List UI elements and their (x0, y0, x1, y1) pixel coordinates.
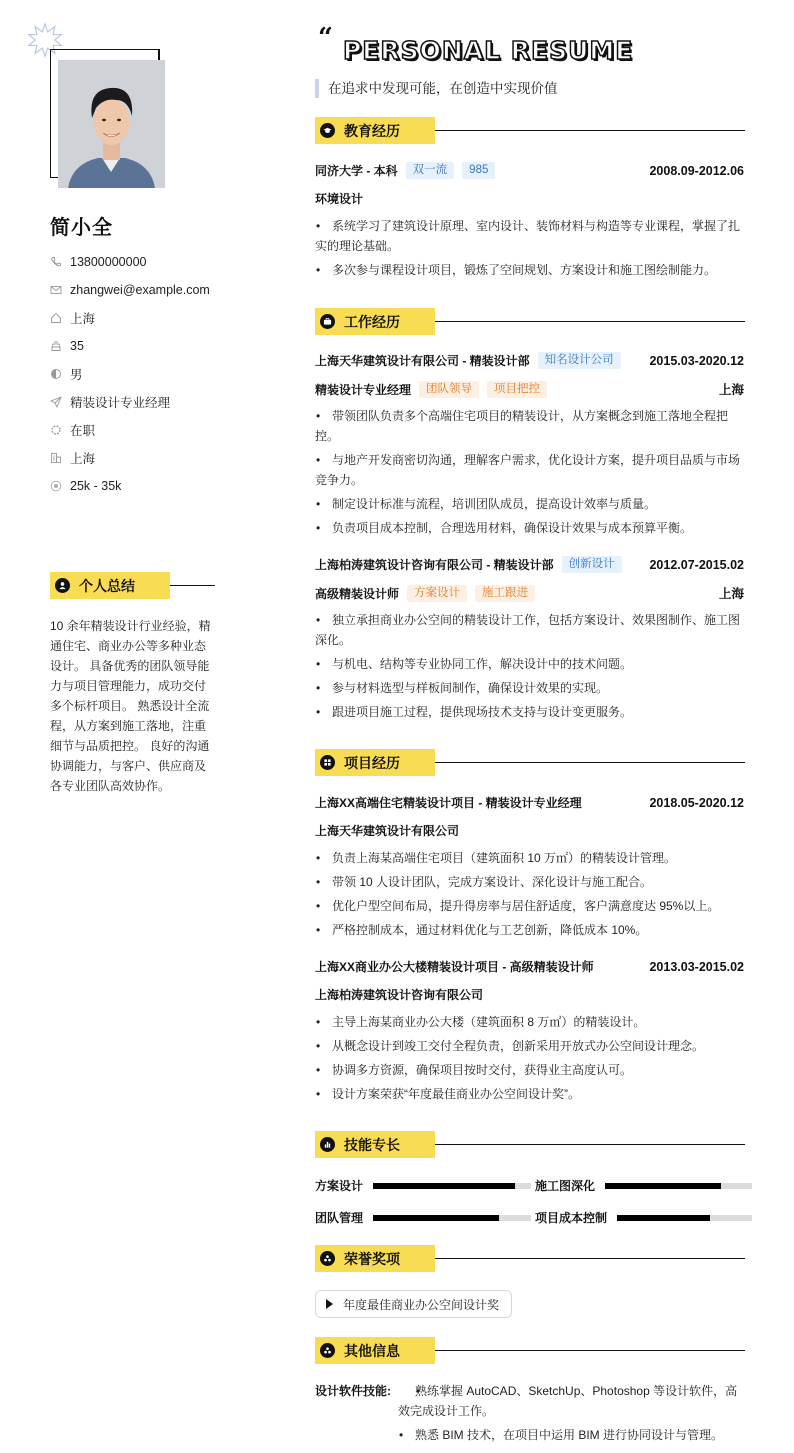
contact-info-list: 13800000000 zhangwei@example.com 上海 35 男… (50, 248, 210, 500)
company-name: 上海柏涛建筑设计咨询有限公司 - 精装设计部 (315, 556, 554, 573)
send-icon (50, 396, 62, 408)
info-age-value: 35 (70, 339, 84, 353)
section-title: 教育经历 (344, 121, 400, 141)
page-title: PERSONAL RESUME (343, 36, 633, 65)
phone-icon (50, 256, 62, 268)
job-role-row: 高级精装设计师 方案设计 施工跟进 上海 (315, 584, 744, 602)
mail-icon (50, 284, 62, 296)
section-header-honors: 荣誉奖项 (315, 1245, 745, 1272)
section-divider (435, 1350, 745, 1352)
info-status-value: 在职 (70, 421, 95, 439)
job-role: 精装设计专业经理 (315, 381, 411, 398)
job-header-row: 上海天华建筑设计有限公司 - 精装设计部 知名设计公司 2015.03-2020… (315, 352, 744, 369)
section-divider (435, 1258, 745, 1260)
list-item: 带领 10 人设计团队，完成方案设计、深化设计与施工配合。 (315, 872, 744, 892)
skill-item: 方案设计 (315, 1177, 531, 1194)
list-item: 与地产开发商密切沟通，理解客户需求，优化设计方案，提升项目品质与市场竞争力。 (315, 450, 744, 490)
job-period: 2015.03-2020.12 (649, 354, 744, 368)
skill-name: 项目成本控制 (535, 1209, 607, 1226)
education-period: 2008.09-2012.06 (649, 164, 744, 178)
section-band: 工作经历 (315, 308, 435, 335)
home-icon (50, 312, 62, 324)
section-divider (170, 585, 215, 587)
section-header-summary: 个人总结 (50, 572, 215, 599)
job-header-row: 上海柏涛建筑设计咨询有限公司 - 精装设计部 创新设计 2012.07-2015… (315, 556, 744, 573)
list-item: 主导上海某商业办公大楼（建筑面积 8 万㎡）的精装设计。 (315, 1012, 744, 1032)
skill-item: 团队管理 (315, 1209, 531, 1226)
job-role: 高级精装设计师 (315, 585, 399, 602)
list-item: 熟练掌握 AutoCAD、SketchUp、Photoshop 等设计软件，高效… (398, 1381, 738, 1421)
section-band: 教育经历 (315, 117, 435, 144)
skill-progress-fill (373, 1215, 499, 1221)
project-header-row: 上海XX商业办公大楼精装设计项目 - 高级精装设计师 2013.03-2015.… (315, 958, 744, 975)
info-cluster-icon (320, 1343, 335, 1358)
section-title: 技能专长 (344, 1135, 400, 1155)
tag-badge: 方案设计 (407, 585, 467, 602)
education-header-row: 同济大学 - 本科 双一流 985 2008.09-2012.06 (315, 162, 744, 179)
building-icon (50, 452, 62, 464)
summary-text: 10 余年精装设计行业经验，精通住宅、商业办公等多种业态设计。 具备优秀的团队领… (50, 616, 215, 796)
list-item: 跟进项目施工过程，提供现场技术支持与设计变更服务。 (315, 702, 744, 722)
skill-progress-fill (373, 1183, 515, 1189)
list-item: 带领团队负责多个高端住宅项目的精装设计，从方案概念到施工落地全程把控。 (315, 406, 744, 446)
info-email-value: zhangwei@example.com (70, 283, 210, 297)
project-name: 上海XX商业办公大楼精装设计项目 - 高级精装设计师 (315, 958, 594, 975)
info-salary-value: 25k - 35k (70, 479, 121, 493)
section-band: 技能专长 (315, 1131, 435, 1158)
project-company: 上海柏涛建筑设计咨询有限公司 (315, 986, 483, 1003)
project-company-row: 上海天华建筑设计有限公司 (315, 822, 744, 839)
section-divider (435, 130, 745, 132)
project-period: 2013.03-2015.02 (649, 960, 744, 974)
age-icon (50, 340, 62, 352)
list-item: 参与材料选型与样板间制作，确保设计效果的实现。 (315, 678, 744, 698)
tag-badge: 985 (462, 162, 495, 179)
section-divider (435, 1144, 745, 1146)
section-title: 个人总结 (79, 576, 135, 596)
section-band: 项目经历 (315, 749, 435, 776)
bar-chart-icon (320, 1137, 335, 1152)
section-title: 荣誉奖项 (344, 1249, 400, 1269)
status-icon (50, 424, 62, 436)
list-item: 与机电、结构等专业协同工作，解决设计中的技术问题。 (315, 654, 744, 674)
play-triangle-icon (326, 1299, 333, 1309)
sidebar: 简小全 13800000000 zhangwei@example.com 上海 … (0, 0, 300, 1453)
job-role-row: 精装设计专业经理 团队领导 项目把控 上海 (315, 380, 744, 398)
info-email: zhangwei@example.com (50, 276, 210, 304)
skill-item: 项目成本控制 (535, 1209, 752, 1226)
skill-progress-bar (373, 1215, 531, 1221)
skill-item: 施工图深化 (535, 1177, 752, 1194)
info-phone-value: 13800000000 (70, 255, 146, 269)
info-gender-value: 男 (70, 365, 83, 383)
list-item: 系统学习了建筑设计原理、室内设计、装饰材料与构造等专业课程，掌握了扎实的理论基础… (315, 216, 744, 256)
info-status: 在职 (50, 416, 210, 444)
info-gender: 男 (50, 360, 210, 388)
info-phone: 13800000000 (50, 248, 210, 276)
tag-badge: 施工跟进 (475, 585, 535, 602)
award-item[interactable]: 年度最佳商业办公空间设计奖 (315, 1290, 512, 1318)
major: 环境设计 (315, 190, 363, 207)
list-item: 独立承担商业办公空间的精装设计工作，包括方案设计、效果图制作、施工图深化。 (315, 610, 744, 650)
list-item: 制定设计标准与流程，培训团队成员，提高设计效率与质量。 (315, 494, 744, 514)
job-location: 上海 (719, 380, 744, 398)
job-bullets: 带领团队负责多个高端住宅项目的精装设计，从方案概念到施工落地全程把控。 与地产开… (315, 406, 744, 542)
section-title: 工作经历 (344, 312, 400, 332)
section-header-work: 工作经历 (315, 308, 745, 335)
list-item: 多次参与课程设计项目，锻炼了空间规划、方案设计和施工图绘制能力。 (315, 260, 744, 280)
award-icon (320, 1251, 335, 1266)
other-label: 设计软件技能: (315, 1381, 391, 1401)
list-item: 熟悉 BIM 技术，在项目中运用 BIM 进行协同设计与管理。 (398, 1425, 738, 1445)
job-location: 上海 (719, 584, 744, 602)
list-item: 严格控制成本，通过材料优化与工艺创新，降低成本 10%。 (315, 920, 744, 940)
tag-badge: 创新设计 (562, 556, 622, 573)
job-bullets: 独立承担商业办公空间的精装设计工作，包括方案设计、效果图制作、施工图深化。 与机… (315, 610, 744, 726)
info-salary: 25k - 35k (50, 472, 210, 500)
section-header-education: 教育经历 (315, 117, 745, 144)
skill-name: 团队管理 (315, 1209, 363, 1226)
candidate-name: 简小全 (50, 211, 113, 240)
avatar (58, 60, 165, 188)
grid-icon (320, 755, 335, 770)
info-age: 35 (50, 332, 210, 360)
company-name: 上海天华建筑设计有限公司 - 精装设计部 (315, 352, 530, 369)
project-company-row: 上海柏涛建筑设计咨询有限公司 (315, 986, 744, 1003)
project-bullets: 主导上海某商业办公大楼（建筑面积 8 万㎡）的精装设计。 从概念设计到竣工交付全… (315, 1012, 744, 1108)
list-item: 优化户型空间布局，提升得房率与居住舒适度，客户满意度达 95%以上。 (315, 896, 744, 916)
skill-progress-fill (617, 1215, 710, 1221)
skill-progress-bar (617, 1215, 752, 1221)
job-period: 2012.07-2015.02 (649, 558, 744, 572)
section-band: 其他信息 (315, 1337, 435, 1364)
list-item: 负责项目成本控制，合理选用材料，确保设计效果与成本预算平衡。 (315, 518, 744, 538)
list-item: 负责上海某高端住宅项目（建筑面积 10 万㎡）的精装设计管理。 (315, 848, 744, 868)
section-divider (435, 321, 745, 323)
info-position-value: 精装设计专业经理 (70, 393, 170, 411)
list-item: 设计方案荣获“年度最佳商业办公空间设计奖”。 (315, 1084, 744, 1104)
skill-progress-fill (605, 1183, 721, 1189)
tag-badge: 知名设计公司 (538, 352, 621, 369)
project-name: 上海XX高端住宅精装设计项目 - 精装设计专业经理 (315, 794, 582, 811)
graduation-cap-icon (320, 123, 335, 138)
section-header-other: 其他信息 (315, 1337, 745, 1364)
salary-icon (50, 480, 62, 492)
list-item: 协调多方资源，确保项目按时交付，获得业主高度认可。 (315, 1060, 744, 1080)
project-bullets: 负责上海某高端住宅项目（建筑面积 10 万㎡）的精装设计管理。 带领 10 人设… (315, 848, 744, 944)
award-name: 年度最佳商业办公空间设计奖 (343, 1296, 499, 1313)
quote-mark-icon: “ (318, 28, 333, 48)
section-band: 荣誉奖项 (315, 1245, 435, 1272)
skill-name: 施工图深化 (535, 1177, 595, 1194)
user-icon (55, 578, 70, 593)
project-period: 2018.05-2020.12 (649, 796, 744, 810)
education-bullets: 系统学习了建筑设计原理、室内设计、装饰材料与构造等专业课程，掌握了扎实的理论基础… (315, 216, 744, 284)
skill-progress-bar (373, 1183, 531, 1189)
tag-badge: 项目把控 (487, 381, 547, 398)
skill-progress-bar (605, 1183, 752, 1189)
info-home-value: 上海 (70, 309, 95, 327)
info-city: 上海 (50, 444, 210, 472)
resume-title: “ PERSONAL RESUME (318, 28, 633, 65)
list-item: 从概念设计到竣工交付全程负责，创新采用开放式办公空间设计理念。 (315, 1036, 744, 1056)
project-header-row: 上海XX高端住宅精装设计项目 - 精装设计专业经理 2018.05-2020.1… (315, 794, 744, 811)
tag-badge: 双一流 (406, 162, 455, 179)
section-divider (435, 762, 745, 764)
section-title: 项目经历 (344, 753, 400, 773)
info-city-value: 上海 (70, 449, 95, 467)
section-band: 个人总结 (50, 572, 170, 599)
briefcase-icon (320, 314, 335, 329)
info-home: 上海 (50, 304, 210, 332)
tag-badge: 团队领导 (419, 381, 479, 398)
section-header-projects: 项目经历 (315, 749, 745, 776)
project-company: 上海天华建筑设计有限公司 (315, 822, 459, 839)
other-bullets: 熟练掌握 AutoCAD、SketchUp、Photoshop 等设计软件，高效… (398, 1381, 738, 1449)
education-major-row: 环境设计 (315, 190, 744, 207)
skill-name: 方案设计 (315, 1177, 363, 1194)
school-name: 同济大学 - 本科 (315, 162, 398, 179)
section-title: 其他信息 (344, 1341, 400, 1361)
gender-icon (50, 368, 62, 380)
info-position: 精装设计专业经理 (50, 388, 210, 416)
motto: 在追求中发现可能，在创造中实现价值 (315, 79, 558, 98)
section-header-skills: 技能专长 (315, 1131, 745, 1158)
